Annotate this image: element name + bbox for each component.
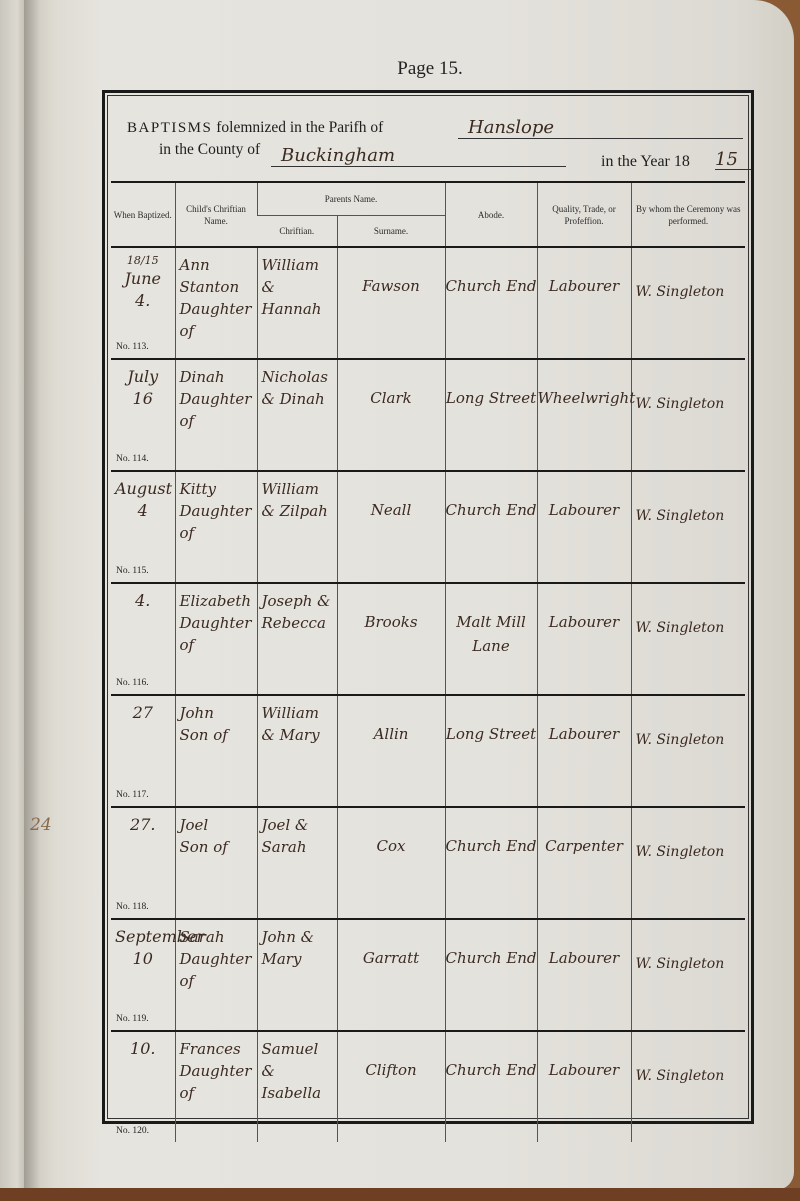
cell-minister: W. Singleton <box>631 471 745 583</box>
child-name: Sarah <box>180 926 253 948</box>
child-relation: Daughter of <box>180 388 253 432</box>
cell-minister: W. Singleton <box>631 807 745 919</box>
heading-line-parish: BAPTISMS folemnized in the Parifh of <box>127 119 383 137</box>
entry-number: No. 119. <box>116 1014 149 1024</box>
abode: Church End <box>446 1032 537 1082</box>
cell-parents-christian: William & Zilpah <box>257 471 337 583</box>
cell-date: 10.No. 120. <box>111 1031 175 1142</box>
cell-child: Ann StantonDaughter of <box>175 247 257 359</box>
table-row: 4.No. 116. ElizabethDaughter of Joseph &… <box>111 583 745 695</box>
parents-christian-names: William & Hannah <box>258 248 337 320</box>
cell-surname: Garratt <box>337 919 445 1031</box>
cell-minister: W. Singleton <box>631 1031 745 1142</box>
child-relation: Daughter of <box>180 612 253 656</box>
book-cover-edge <box>0 1188 800 1201</box>
county-field: Buckingham <box>271 145 566 167</box>
cell-parents-christian: John & Mary <box>257 919 337 1031</box>
trade: Labourer <box>538 472 631 522</box>
col-minister: By whom the Ceremony was performed. <box>631 183 745 247</box>
child-name: Joel <box>180 814 253 836</box>
heading-title: BAPTISMS <box>127 120 212 136</box>
cell-trade: Labourer <box>537 695 631 807</box>
parents-christian-names: Joel & Sarah <box>258 808 337 858</box>
cell-trade: Labourer <box>537 1031 631 1142</box>
child-name: Ann Stanton <box>180 254 253 298</box>
abode: Malt Mill Lane <box>446 584 537 658</box>
child-name: John <box>180 702 253 724</box>
cell-date: September 10No. 119. <box>111 919 175 1031</box>
parents-surname: Allin <box>338 696 445 746</box>
child-name: Dinah <box>180 366 253 388</box>
table-row: 27.No. 118. JoelSon of Joel & Sarah Cox … <box>111 807 745 919</box>
child-name: Elizabeth <box>180 590 253 612</box>
cell-surname: Cox <box>337 807 445 919</box>
heading-county-label: in the County of <box>159 141 260 159</box>
minister: W. Singleton <box>632 920 746 972</box>
cell-date: August 4No. 115. <box>111 471 175 583</box>
parents-christian-names: Joseph & Rebecca <box>258 584 337 634</box>
cell-trade: Wheelwright <box>537 359 631 471</box>
minister: W. Singleton <box>632 1032 746 1084</box>
parents-christian-names: Samuel & Isabella <box>258 1032 337 1104</box>
trade: Labourer <box>538 1032 631 1082</box>
child-relation: Daughter of <box>180 298 253 342</box>
entry-date: 10. <box>115 1038 171 1060</box>
child-name: Kitty <box>180 478 253 500</box>
parents-surname: Clark <box>338 360 445 410</box>
cell-abode: Church End <box>445 247 537 359</box>
cell-trade: Labourer <box>537 919 631 1031</box>
cell-abode: Long Street <box>445 359 537 471</box>
minister: W. Singleton <box>632 360 746 412</box>
trade: Labourer <box>538 584 631 634</box>
table-row: 10.No. 120. FrancesDaughter of Samuel & … <box>111 1031 745 1142</box>
parents-surname: Fawson <box>338 248 445 298</box>
cell-surname: Clifton <box>337 1031 445 1142</box>
cell-abode: Church End <box>445 919 537 1031</box>
cell-surname: Fawson <box>337 247 445 359</box>
cell-parents-christian: Joel & Sarah <box>257 807 337 919</box>
trade: Carpenter <box>538 808 631 858</box>
entry-date: August 4 <box>115 478 171 522</box>
year-field: 15 <box>715 149 751 170</box>
entry-date: June 4. <box>115 268 171 312</box>
cell-minister: W. Singleton <box>631 583 745 695</box>
margin-note: 24 <box>30 815 52 835</box>
entry-number: No. 116. <box>116 678 149 688</box>
cell-surname: Allin <box>337 695 445 807</box>
cell-child: ElizabethDaughter of <box>175 583 257 695</box>
child-relation: Daughter of <box>180 948 253 992</box>
parents-surname: Garratt <box>338 920 445 970</box>
cell-parents-christian: Samuel & Isabella <box>257 1031 337 1142</box>
col-childs-name: Child's Chriftian Name. <box>175 183 257 247</box>
cell-abode: Church End <box>445 807 537 919</box>
child-relation: Daughter of <box>180 1060 253 1104</box>
trade: Labourer <box>538 248 631 298</box>
parents-christian-names: William & Mary <box>258 696 337 746</box>
baptism-register-form: BAPTISMS folemnized in the Parifh of Han… <box>102 90 754 1124</box>
child-relation: Son of <box>180 836 253 858</box>
parents-surname: Clifton <box>338 1032 445 1082</box>
entry-number: No. 120. <box>116 1126 149 1136</box>
abode: Church End <box>446 808 537 858</box>
cell-abode: Church End <box>445 471 537 583</box>
cell-trade: Labourer <box>537 471 631 583</box>
parents-christian-names: Nicholas & Dinah <box>258 360 337 410</box>
col-parents-name: Parents Name. <box>257 183 445 216</box>
cell-minister: W. Singleton <box>631 247 745 359</box>
cell-date: 18/15June 4.No. 113. <box>111 247 175 359</box>
parish-field: Hanslope <box>458 117 743 139</box>
entry-date: 4. <box>115 590 171 612</box>
col-parents-christian: Chriftian. <box>257 216 337 248</box>
entry-number: No. 114. <box>116 454 149 464</box>
cell-parents-christian: William & Mary <box>257 695 337 807</box>
minister: W. Singleton <box>632 584 746 636</box>
abode: Long Street <box>446 696 537 746</box>
table-row: August 4No. 115. KittyDaughter of Willia… <box>111 471 745 583</box>
cell-child: JohnSon of <box>175 695 257 807</box>
entry-number: No. 117. <box>116 790 149 800</box>
cell-abode: Malt Mill Lane <box>445 583 537 695</box>
entry-date: September 10 <box>115 926 171 970</box>
cell-surname: Brooks <box>337 583 445 695</box>
gutter-shadow <box>24 0 40 1190</box>
entry-number: No. 113. <box>116 342 149 352</box>
cell-surname: Neall <box>337 471 445 583</box>
cell-minister: W. Singleton <box>631 359 745 471</box>
cell-child: SarahDaughter of <box>175 919 257 1031</box>
col-parents-surname: Surname. <box>337 216 445 248</box>
year-label: in the Year 18 <box>601 153 690 171</box>
entry-number: No. 115. <box>116 566 149 576</box>
cell-abode: Long Street <box>445 695 537 807</box>
table-row: July 16No. 114. DinahDaughter of Nichola… <box>111 359 745 471</box>
cell-child: JoelSon of <box>175 807 257 919</box>
cell-date: 27No. 117. <box>111 695 175 807</box>
cell-parents-christian: Nicholas & Dinah <box>257 359 337 471</box>
table-header-row: When Baptized. Child's Chriftian Name. P… <box>111 183 745 216</box>
abode: Church End <box>446 248 537 298</box>
abode: Long Street <box>446 360 537 410</box>
parents-surname: Brooks <box>338 584 445 634</box>
entry-year: 18/15 <box>115 254 171 268</box>
parents-christian-names: John & Mary <box>258 920 337 970</box>
heading-parish-label: folemnized in the Parifh of <box>216 119 383 136</box>
table-row: September 10No. 119. SarahDaughter of Jo… <box>111 919 745 1031</box>
entry-number: No. 118. <box>116 902 149 912</box>
cell-trade: Carpenter <box>537 807 631 919</box>
col-quality: Quality, Trade, or Profeffion. <box>537 183 631 247</box>
entry-date: July 16 <box>115 366 171 410</box>
cell-child: KittyDaughter of <box>175 471 257 583</box>
cell-child: FrancesDaughter of <box>175 1031 257 1142</box>
parents-surname: Cox <box>338 808 445 858</box>
baptism-records-table: When Baptized. Child's Chriftian Name. P… <box>111 183 745 1142</box>
abode: Church End <box>446 472 537 522</box>
entry-date: 27. <box>115 814 171 836</box>
col-abode: Abode. <box>445 183 537 247</box>
minister: W. Singleton <box>632 696 746 748</box>
minister: W. Singleton <box>632 808 746 860</box>
child-name: Frances <box>180 1038 253 1060</box>
trade: Labourer <box>538 696 631 746</box>
parents-surname: Neall <box>338 472 445 522</box>
cell-date: July 16No. 114. <box>111 359 175 471</box>
cell-abode: Church End <box>445 1031 537 1142</box>
trade: Labourer <box>538 920 631 970</box>
cell-surname: Clark <box>337 359 445 471</box>
child-relation: Daughter of <box>180 500 253 544</box>
entry-date: 27 <box>115 702 171 724</box>
table-row: 27No. 117. JohnSon of William & Mary All… <box>111 695 745 807</box>
cell-date: 27.No. 118. <box>111 807 175 919</box>
minister: W. Singleton <box>632 248 746 300</box>
cell-date: 4.No. 116. <box>111 583 175 695</box>
register-heading: BAPTISMS folemnized in the Parifh of Han… <box>111 99 745 183</box>
cell-trade: Labourer <box>537 583 631 695</box>
cell-child: DinahDaughter of <box>175 359 257 471</box>
cell-minister: W. Singleton <box>631 919 745 1031</box>
cell-parents-christian: William & Hannah <box>257 247 337 359</box>
minister: W. Singleton <box>632 472 746 524</box>
cell-parents-christian: Joseph & Rebecca <box>257 583 337 695</box>
page-number: Page 15. <box>0 58 800 80</box>
col-when-baptized: When Baptized. <box>111 183 175 247</box>
cell-trade: Labourer <box>537 247 631 359</box>
cell-minister: W. Singleton <box>631 695 745 807</box>
table-row: 18/15June 4.No. 113. Ann StantonDaughter… <box>111 247 745 359</box>
abode: Church End <box>446 920 537 970</box>
trade: Wheelwright <box>538 360 631 410</box>
parents-christian-names: William & Zilpah <box>258 472 337 522</box>
child-relation: Son of <box>180 724 253 746</box>
